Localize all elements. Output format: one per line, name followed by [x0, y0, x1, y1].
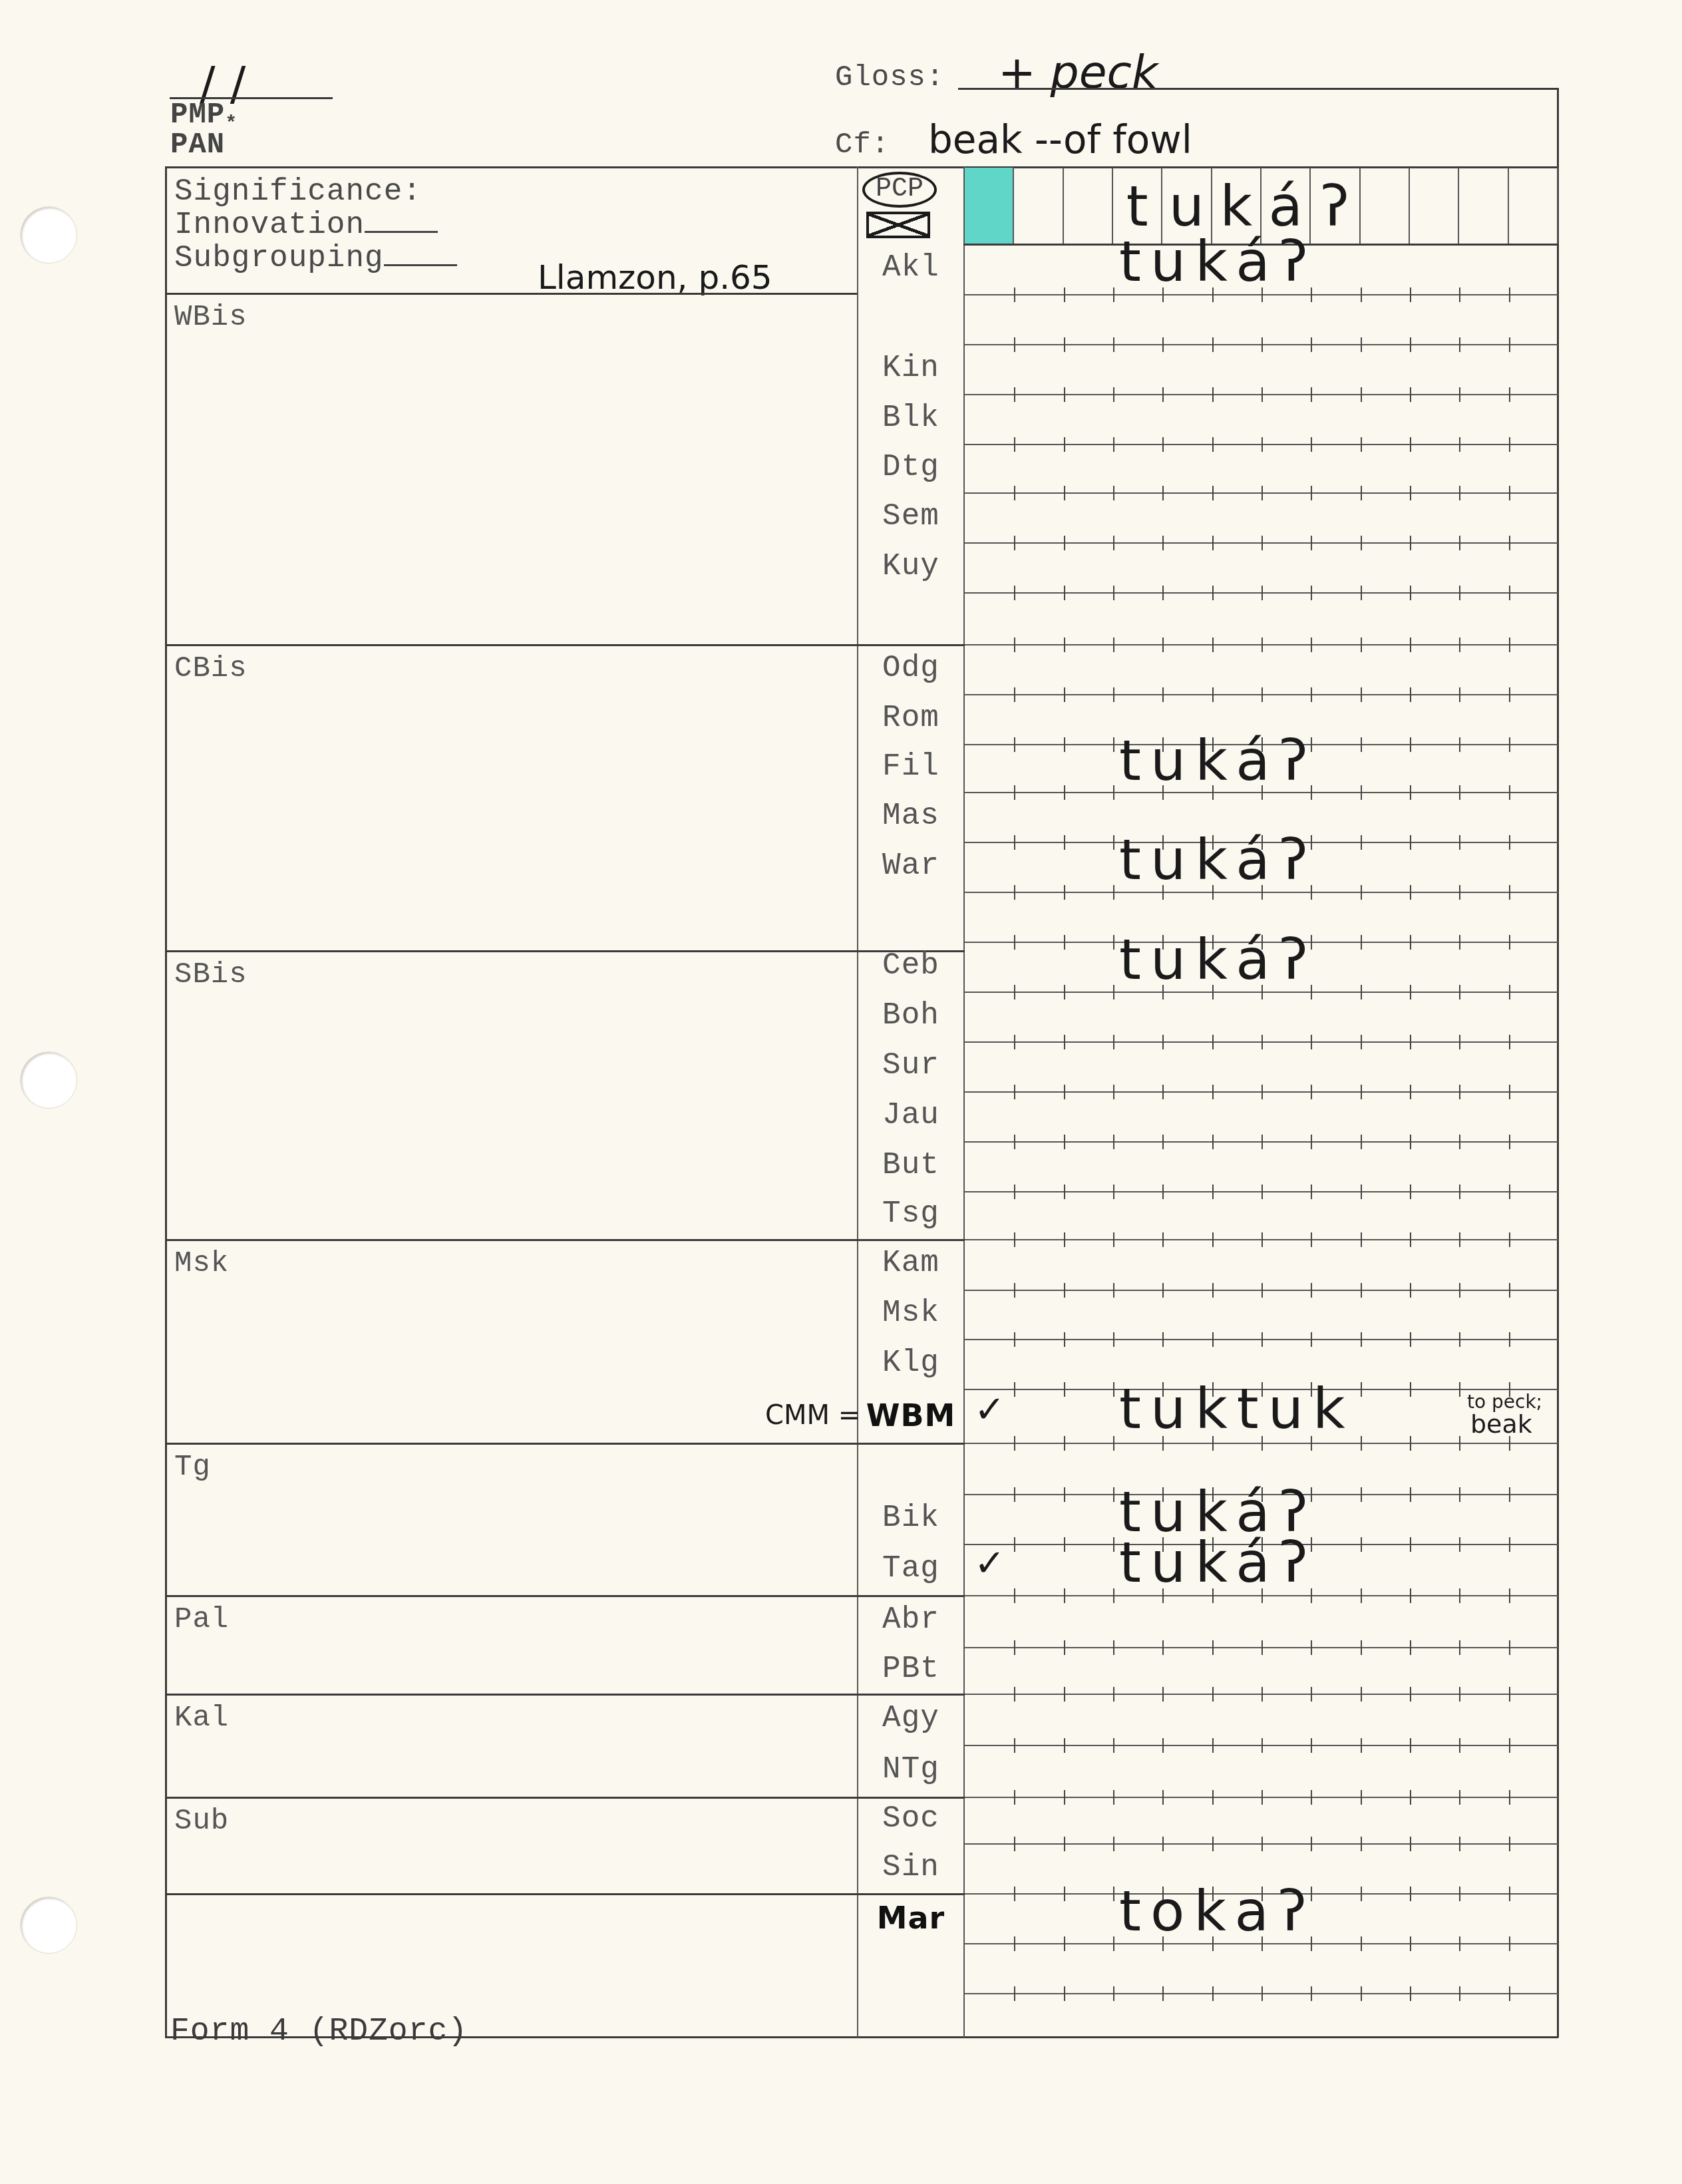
grid-tick [1361, 1035, 1362, 1049]
lang-label-akl: Akl [857, 250, 965, 285]
grid-tick [1064, 1986, 1065, 2001]
form-label: Form 4 (RDZorc) [170, 2014, 468, 2050]
gloss-value[interactable]: + peck [998, 47, 1158, 99]
lang-label-kin: Kin [857, 351, 965, 385]
grid-tick [1361, 637, 1362, 652]
grid-tick [1410, 387, 1411, 402]
grid-tick [1459, 1283, 1460, 1298]
grid-tick [1410, 1537, 1411, 1552]
grid-tick [1361, 486, 1362, 500]
group-divider [165, 644, 965, 646]
grid-tick [1410, 1790, 1411, 1805]
grid-tick [1064, 1085, 1065, 1099]
grid-tick [1459, 337, 1460, 352]
grid-tick [1113, 1232, 1114, 1247]
grid-tick [1361, 1135, 1362, 1149]
pcp-cell[interactable] [1509, 168, 1558, 245]
grid-tick [1162, 637, 1164, 652]
grid-tick [1410, 1283, 1411, 1298]
pcp-cell[interactable]: ʔ [1311, 168, 1360, 245]
grid-tick [1261, 1687, 1263, 1702]
grid-tick [1410, 1640, 1411, 1655]
grid-tick [1509, 1332, 1510, 1347]
grid-tick [1410, 536, 1411, 550]
grid-tick [1162, 687, 1164, 702]
reflex-form-tag[interactable]: tukáʔ [1119, 1530, 1317, 1595]
grid-tick [1212, 1035, 1214, 1049]
grid-tick [1162, 337, 1164, 352]
grid-tick [1261, 1986, 1263, 2001]
grid-tick [1311, 486, 1312, 500]
punch-hole-middle [20, 1051, 77, 1109]
grid-tick [1014, 486, 1015, 500]
grid-tick [1509, 1986, 1510, 2001]
grid-tick [1014, 1382, 1015, 1397]
grid-tick [1064, 1738, 1065, 1753]
grid-tick [1361, 337, 1362, 352]
grid-tick [1212, 486, 1214, 500]
grid-tick [1113, 437, 1114, 452]
grid-tick [1509, 737, 1510, 752]
lang-label-but: But [857, 1148, 965, 1183]
grid-tick [1459, 985, 1460, 1000]
grid-tick [1113, 1382, 1114, 1397]
grid-tick [1459, 1232, 1460, 1247]
pcp-cell[interactable] [1361, 168, 1410, 245]
lang-label-klg: Klg [857, 1346, 965, 1380]
grid-tick [1261, 1837, 1263, 1851]
grid-tick [1014, 637, 1015, 652]
grid-tick [1459, 437, 1460, 452]
grid-tick [1113, 1487, 1114, 1502]
grid-tick [1509, 337, 1510, 352]
grid-tick [1014, 586, 1015, 600]
grid-tick [1064, 586, 1065, 600]
reflex-form-mar[interactable]: tokaʔ [1119, 1879, 1316, 1944]
grid-tick [1509, 935, 1510, 950]
grid-tick [1509, 985, 1510, 1000]
grid-tick [1311, 536, 1312, 550]
grid-tick [1509, 387, 1510, 402]
grid-tick [1014, 1035, 1015, 1049]
grid-tick [1113, 1588, 1114, 1603]
grid-tick [1212, 1332, 1214, 1347]
pcp-cell[interactable] [1410, 168, 1459, 245]
grid-tick [1113, 1790, 1114, 1805]
grid-tick [1410, 1487, 1411, 1502]
grid-tick [1064, 387, 1065, 402]
grid-tick [1014, 437, 1015, 452]
grid-tick [1261, 1184, 1263, 1199]
innovation-label: Innovation [174, 208, 438, 242]
grid-tick [1261, 1232, 1263, 1247]
grid-tick [1459, 1588, 1460, 1603]
grid-tick [1162, 586, 1164, 600]
reflex-form-wbm[interactable]: tuktuk [1119, 1376, 1355, 1441]
grid-tick [1064, 835, 1065, 850]
group-divider [165, 1239, 965, 1241]
grid-tick [1361, 885, 1362, 900]
grid-tick [1311, 1184, 1312, 1199]
grid-tick [1064, 637, 1065, 652]
grid-tick [1113, 287, 1114, 302]
grid-tick [1509, 437, 1510, 452]
grid-tick [1459, 687, 1460, 702]
grid-tick [1459, 1640, 1460, 1655]
grid-tick [1064, 1790, 1065, 1805]
grid-tick [1361, 985, 1362, 1000]
grid-tick [1113, 785, 1114, 800]
grid-tick [1410, 1588, 1411, 1603]
grid-tick [1361, 1986, 1362, 2001]
grid-tick [1410, 337, 1411, 352]
grid-tick [1509, 1085, 1510, 1099]
grid-tick [1113, 1135, 1114, 1149]
grid-tick [1311, 1687, 1312, 1702]
grid-tick [1311, 1738, 1312, 1753]
grid-tick [1509, 1936, 1510, 1951]
grid-tick [1014, 1640, 1015, 1655]
gloss-label: Gloss: [835, 61, 944, 94]
grid-tick [1311, 387, 1312, 402]
grid-tick [1410, 1184, 1411, 1199]
cmm-note: CMM = [765, 1400, 860, 1431]
grid-tick [1459, 1487, 1460, 1502]
grid-tick [1459, 536, 1460, 550]
grid-tick [1459, 1332, 1460, 1347]
grid-tick [1410, 1332, 1411, 1347]
grid-tick [1064, 1640, 1065, 1655]
grid-tick [1162, 1790, 1164, 1805]
grid-tick [1410, 1887, 1411, 1901]
grid-tick [1311, 1790, 1312, 1805]
grid-tick [1014, 1232, 1015, 1247]
reflex-form-akl[interactable]: tukáʔ [1119, 229, 1317, 294]
grid-tick [1361, 1382, 1362, 1397]
grid-tick [1014, 1837, 1015, 1851]
pcp-cell[interactable] [965, 168, 1014, 245]
lang-label-tsg: Tsg [857, 1196, 965, 1231]
grid-tick [1113, 337, 1114, 352]
grid-tick [1261, 637, 1263, 652]
grid-tick [1410, 637, 1411, 652]
grid-tick [1064, 1887, 1065, 1901]
grid-tick [1509, 1588, 1510, 1603]
grid-tick [1361, 1332, 1362, 1347]
grid-tick [1459, 1986, 1460, 2001]
lang-label-pbt: PBt [857, 1652, 965, 1686]
grid-tick [1113, 1837, 1114, 1851]
grid-tick [1509, 1887, 1510, 1901]
grid-tick [1212, 1986, 1214, 2001]
grid-tick [1113, 1436, 1114, 1451]
grid-tick [1212, 1640, 1214, 1655]
grid-tick [1064, 1936, 1065, 1951]
grid-tick [1064, 1436, 1065, 1451]
grid-tick [1311, 637, 1312, 652]
grid-tick [1410, 1837, 1411, 1851]
grid-tick [1261, 1332, 1263, 1347]
grid-tick [1410, 1687, 1411, 1702]
grid-tick [1014, 287, 1015, 302]
grid-tick [1509, 536, 1510, 550]
grid-tick [1361, 1738, 1362, 1753]
subgrouping-blank[interactable] [384, 264, 457, 266]
grid-tick [1459, 935, 1460, 950]
lang-label-sin: Sin [857, 1850, 965, 1885]
grid-tick [1261, 387, 1263, 402]
reflex-form-ceb[interactable]: tukáʔ [1119, 927, 1317, 992]
grid-tick [1509, 1232, 1510, 1247]
grid-tick [1509, 586, 1510, 600]
grid-tick [1162, 1232, 1164, 1247]
grid-tick [1361, 437, 1362, 452]
grid-tick [1113, 737, 1114, 752]
grid-tick [1311, 586, 1312, 600]
grid-tick [1361, 785, 1362, 800]
check-mark-icon: ✓ [974, 1542, 1005, 1585]
group-label-sbis: SBis [174, 958, 248, 992]
cf-value[interactable]: beak --of fowl [928, 117, 1192, 162]
grid-tick [1361, 1640, 1362, 1655]
grid-tick [1212, 1232, 1214, 1247]
grid-tick [1261, 1790, 1263, 1805]
grid-tick [1459, 1184, 1460, 1199]
grid-tick [1113, 586, 1114, 600]
grid-tick [1212, 1184, 1214, 1199]
grid-tick [1509, 835, 1510, 850]
grid-tick [1113, 1085, 1114, 1099]
grid-tick [1509, 1837, 1510, 1851]
grid-tick [1459, 785, 1460, 800]
grid-tick [1014, 1283, 1015, 1298]
grid-tick [1014, 387, 1015, 402]
grid-tick [1212, 586, 1214, 600]
lang-label-ceb: Ceb [857, 948, 965, 983]
grid-tick [1113, 1687, 1114, 1702]
grid-tick [1410, 1135, 1411, 1149]
grid-tick [1014, 1588, 1015, 1603]
grid-tick [1162, 1687, 1164, 1702]
grid-tick [1014, 1986, 1015, 2001]
grid-tick [1162, 1332, 1164, 1347]
frame-left [165, 166, 167, 2038]
check-mark-icon: ✓ [974, 1388, 1005, 1431]
punch-hole-top [20, 206, 77, 264]
pmp-star: * [225, 113, 238, 136]
grid-tick [1212, 1837, 1214, 1851]
grid-tick [1509, 687, 1510, 702]
grid-tick [1162, 437, 1164, 452]
grid-tick [1014, 1936, 1015, 1951]
grid-tick [1311, 337, 1312, 352]
grid-tick [1509, 637, 1510, 652]
grid-tick [1361, 1184, 1362, 1199]
grid-tick [1509, 1135, 1510, 1149]
grid-tick [1509, 287, 1510, 302]
grid-tick [1113, 486, 1114, 500]
grid-tick [1162, 1085, 1164, 1099]
grid-tick [1064, 935, 1065, 950]
grid-tick [1311, 1332, 1312, 1347]
grid-tick [1064, 287, 1065, 302]
grid-tick [1361, 536, 1362, 550]
grid-tick [1014, 1738, 1015, 1753]
grid-tick [1459, 1738, 1460, 1753]
pcp-cell[interactable] [1459, 168, 1508, 245]
lang-label-sem: Sem [857, 499, 965, 534]
grid-tick [1410, 486, 1411, 500]
pcp-cell[interactable] [1064, 168, 1113, 245]
grid-tick [1361, 1687, 1362, 1702]
grid-tick [1261, 687, 1263, 702]
grid-tick [1361, 287, 1362, 302]
grid-tick [1162, 1283, 1164, 1298]
grid-tick [1162, 486, 1164, 500]
grid-tick [1410, 1085, 1411, 1099]
grid-tick [1459, 1436, 1460, 1451]
lang-label-war: War [857, 848, 965, 883]
grid-tick [1014, 737, 1015, 752]
grid-tick [1113, 1640, 1114, 1655]
grid-tick [1361, 1283, 1362, 1298]
grid-tick [1361, 835, 1362, 850]
grid-tick [1509, 1184, 1510, 1199]
pcp-cell[interactable] [1014, 168, 1063, 245]
lang-label-abr: Abr [857, 1602, 965, 1637]
group-divider [165, 950, 965, 952]
grid-tick [1064, 1135, 1065, 1149]
grid-tick [1361, 1837, 1362, 1851]
grid-tick [1064, 1588, 1065, 1603]
grid-tick [1459, 1687, 1460, 1702]
grid-tick [1361, 935, 1362, 950]
grid-tick [1311, 1232, 1312, 1247]
grid-tick [1014, 885, 1015, 900]
grid-tick [1162, 1986, 1164, 2001]
grid-tick [1410, 1436, 1411, 1451]
grid-tick [1064, 1382, 1065, 1397]
grid-tick [1014, 1537, 1015, 1552]
grid-tick [1361, 1487, 1362, 1502]
grid-tick [1113, 985, 1114, 1000]
grid-tick [1459, 1887, 1460, 1901]
grid-tick [1064, 985, 1065, 1000]
grid-tick [1361, 737, 1362, 752]
lang-label-kam: Kam [857, 1246, 965, 1280]
grid-tick [1261, 1738, 1263, 1753]
group-divider [165, 1595, 965, 1597]
grid-tick [1113, 1738, 1114, 1753]
grid-tick [1113, 687, 1114, 702]
group-label-sub: Sub [174, 1805, 229, 1838]
grid-tick [1261, 1085, 1263, 1099]
punch-hole-bottom [20, 1897, 77, 1954]
grid-tick [1212, 1738, 1214, 1753]
lang-label-ntg: NTg [857, 1752, 965, 1787]
grid-tick [1064, 1687, 1065, 1702]
grid-tick [1014, 1790, 1015, 1805]
grid-tick [1261, 1035, 1263, 1049]
lang-label-agy: Agy [857, 1701, 965, 1735]
grid-tick [1459, 835, 1460, 850]
grid-tick [1509, 1640, 1510, 1655]
grid-tick [1361, 1588, 1362, 1603]
grid-tick [1064, 885, 1065, 900]
group-label-cbis: CBis [174, 652, 248, 685]
grid-tick [1459, 387, 1460, 402]
lang-label-dtg: Dtg [857, 450, 965, 484]
grid-tick [1509, 1283, 1510, 1298]
grid-tick [1410, 1232, 1411, 1247]
subgrouping-text: Subgrouping [174, 241, 384, 275]
lang-label-tag: Tag [857, 1551, 965, 1586]
grid-tick [1113, 935, 1114, 950]
grid-tick [1014, 536, 1015, 550]
grid-tick [1459, 1936, 1460, 1951]
grid-tick [1113, 1537, 1114, 1552]
grid-tick [1113, 387, 1114, 402]
grid-tick [1162, 1184, 1164, 1199]
grid-tick [1509, 1687, 1510, 1702]
grid-tick [1509, 1537, 1510, 1552]
lang-label-jau: Jau [857, 1098, 965, 1133]
grid-tick [1509, 1790, 1510, 1805]
group-divider [165, 1797, 965, 1799]
grid-tick [1014, 785, 1015, 800]
grid-tick [1311, 1640, 1312, 1655]
subgrouping-label: Subgrouping [174, 241, 457, 275]
grid-tick [1113, 1332, 1114, 1347]
grid-tick [1113, 1184, 1114, 1199]
innovation-blank[interactable] [365, 231, 438, 233]
grid-tick [1509, 1035, 1510, 1049]
grid-tick [1261, 1640, 1263, 1655]
grid-tick [1361, 1232, 1362, 1247]
grid-tick [1064, 536, 1065, 550]
reflex-form-war[interactable]: tukáʔ [1119, 827, 1317, 892]
grid-tick [1212, 337, 1214, 352]
grid-tick [1064, 337, 1065, 352]
group-label-pal: Pal [174, 1603, 229, 1636]
significance-title: Significance: [174, 174, 422, 209]
grid-tick [1361, 1887, 1362, 1901]
grid-tick [1113, 1283, 1114, 1298]
grid-tick [1162, 1837, 1164, 1851]
lang-label-blk: Blk [857, 401, 965, 435]
grid-tick [1162, 387, 1164, 402]
grid-tick [1459, 586, 1460, 600]
grid-tick [1113, 536, 1114, 550]
group-divider [165, 1443, 965, 1445]
significance-bottom [165, 293, 857, 295]
lang-label-bik: Bik [857, 1501, 965, 1535]
grid-tick [1410, 1382, 1411, 1397]
reflex-form-fil[interactable]: tukáʔ [1119, 728, 1317, 793]
grid-tick [1361, 1436, 1362, 1451]
grid-tick [1113, 835, 1114, 850]
grid-tick [1162, 1135, 1164, 1149]
group-label-tg: Tg [174, 1451, 211, 1484]
grid-tick [1064, 785, 1065, 800]
lang-label-sur: Sur [857, 1048, 965, 1083]
grid-tick [1113, 637, 1114, 652]
grid-tick [1162, 1640, 1164, 1655]
grid-tick [1014, 1135, 1015, 1149]
grid-tick [1361, 687, 1362, 702]
lang-label-mar: Mar [857, 1900, 965, 1936]
grid-tick [1410, 935, 1411, 950]
